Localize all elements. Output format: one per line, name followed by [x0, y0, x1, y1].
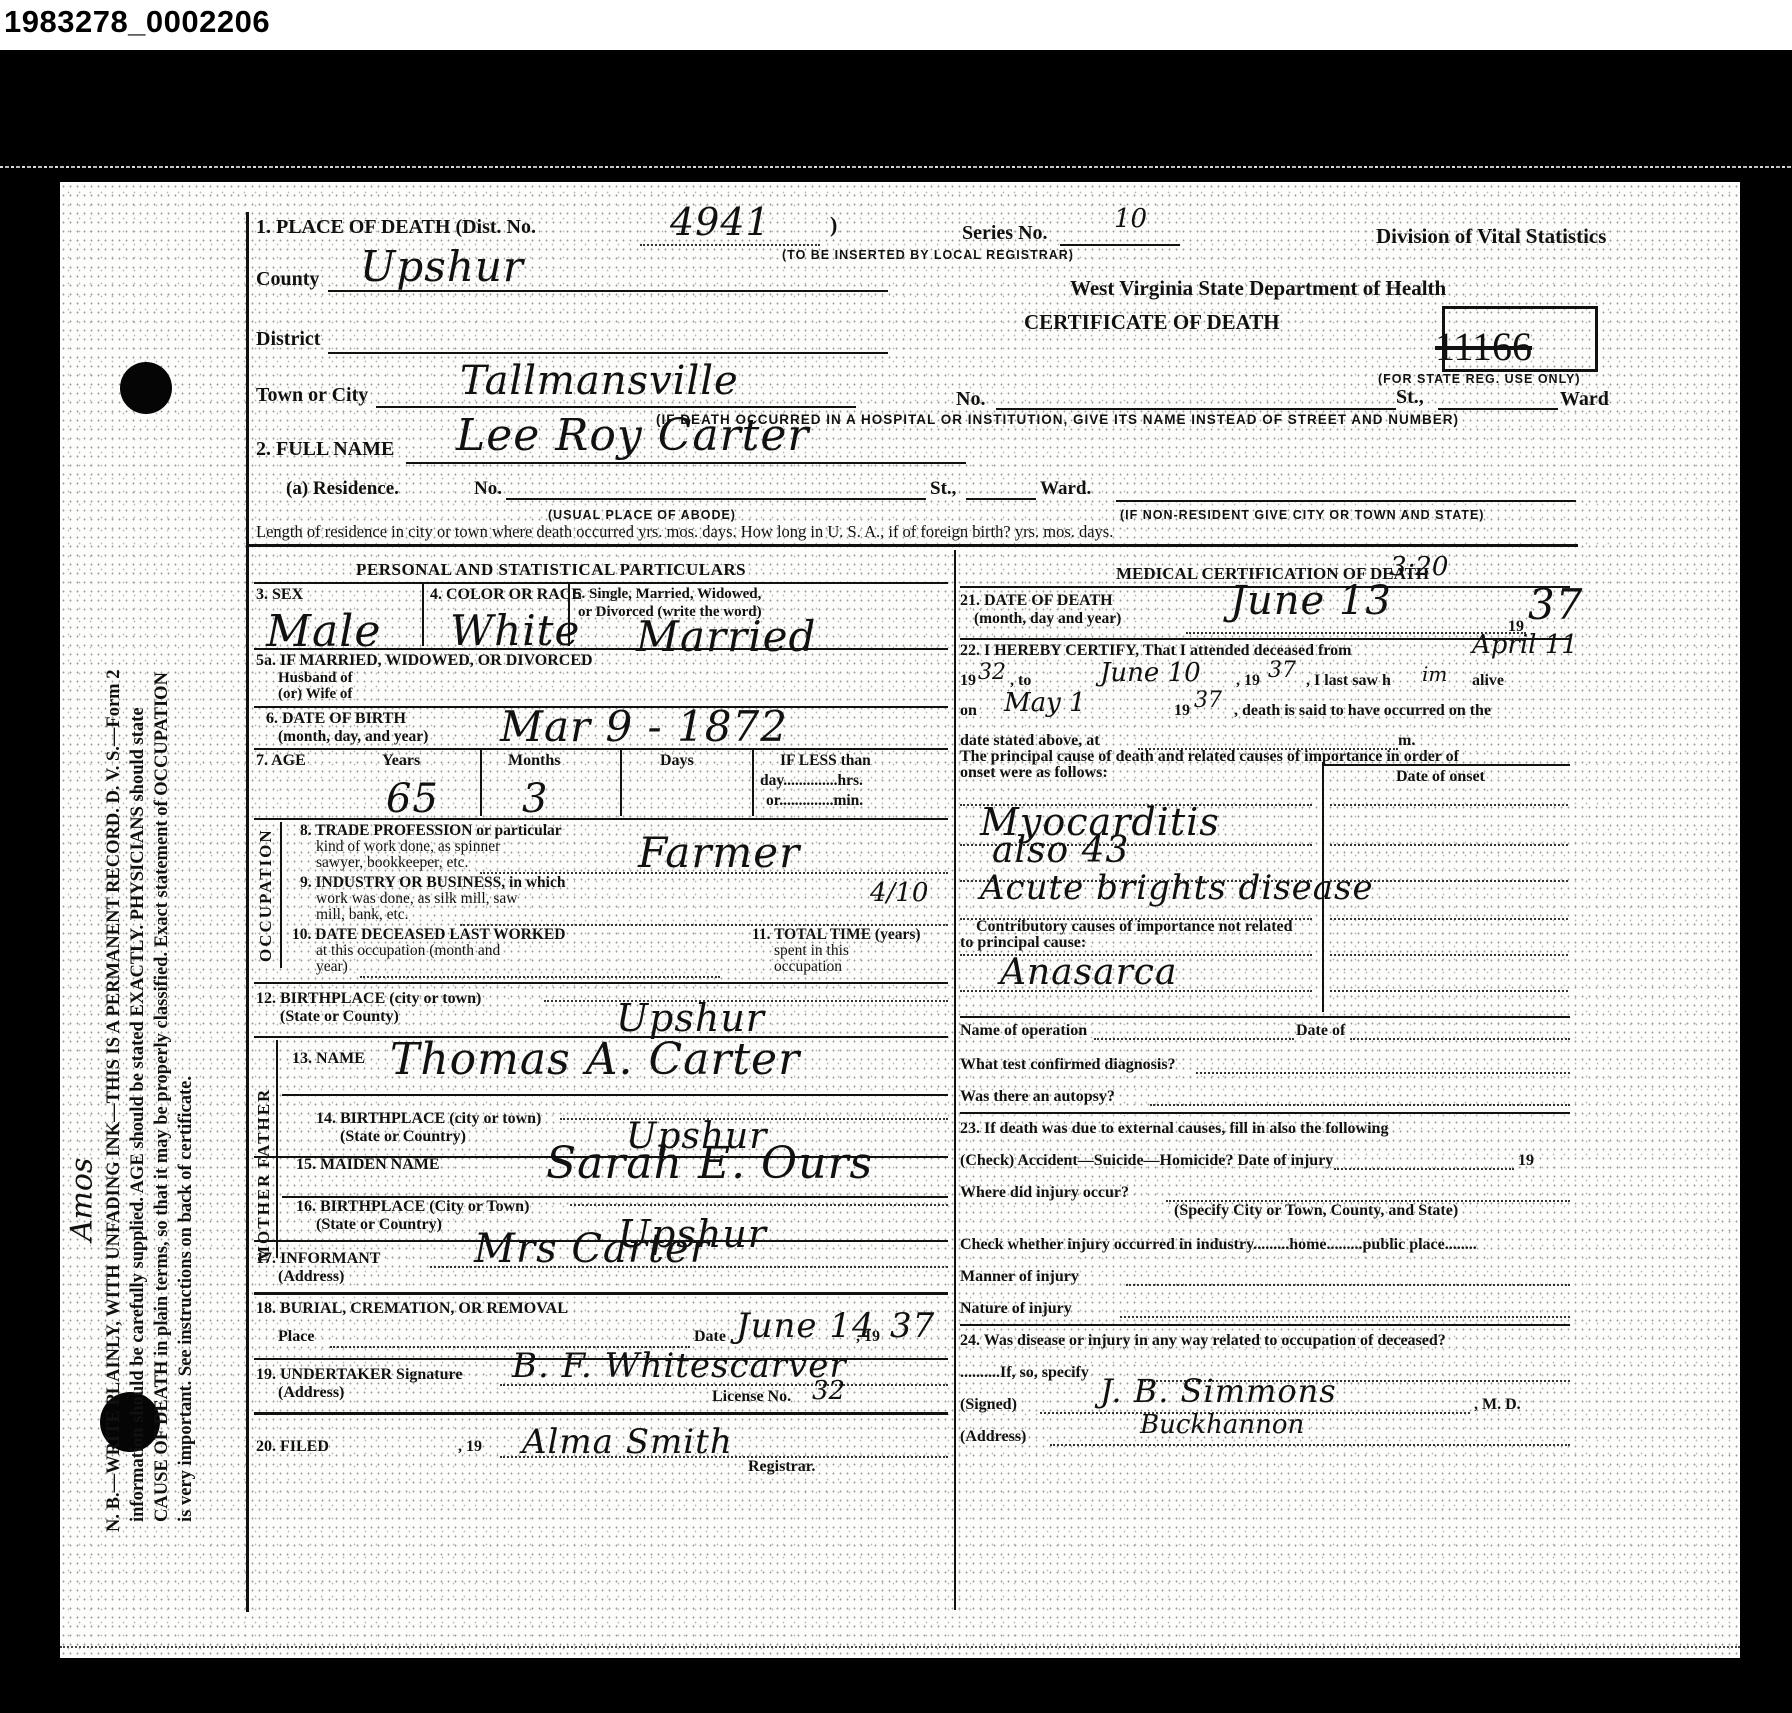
- filed-label: 20. FILED: [256, 1438, 329, 1456]
- abode-note: (USUAL PLACE OF ABODE): [548, 508, 736, 522]
- state-reg-note: (FOR STATE REG. USE ONLY): [1378, 372, 1581, 386]
- mother-side-label: MOTHER: [254, 1173, 274, 1262]
- dob-label-2: (month, day, and year): [278, 728, 428, 746]
- father-birthplace-label-2: (State or Country): [340, 1128, 466, 1146]
- onset-line-3: [1330, 918, 1568, 920]
- sex-divider: [422, 584, 424, 646]
- cause-3[interactable]: Acute brights disease: [980, 868, 1374, 908]
- trade-value[interactable]: Farmer: [638, 828, 800, 877]
- personal-section-title: PERSONAL AND STATISTICAL PARTICULARS: [356, 560, 746, 580]
- registrar-label: Registrar.: [748, 1458, 815, 1476]
- race-divider: [568, 584, 570, 646]
- division-title: Division of Vital Statistics: [1376, 224, 1606, 249]
- contributory-label-2: to principal cause:: [960, 934, 1086, 952]
- marital-value[interactable]: Married: [636, 612, 816, 661]
- district-label: District: [256, 328, 320, 351]
- mother-birthplace-label-2: (State or Country): [316, 1216, 442, 1234]
- year-prefix-1: 19: [960, 672, 976, 690]
- father-name-line: [282, 1094, 948, 1096]
- informant-line: [430, 1266, 948, 1268]
- informant-divider: [254, 1292, 948, 1295]
- autopsy-divider: [960, 1112, 1570, 1114]
- birthplace-line: [544, 1000, 948, 1002]
- town-value[interactable]: Tallmansville: [460, 358, 739, 404]
- birthplace-label-2: (State or County): [280, 1008, 399, 1026]
- length-of-residence: Length of residence in city or town wher…: [256, 522, 1113, 542]
- manner-label: Manner of injury: [960, 1268, 1079, 1286]
- personal-title-line: [254, 582, 948, 584]
- margin-handwriting: Amos: [64, 1158, 99, 1242]
- marital-label-1: 5. Single, Married, Widowed,: [574, 586, 761, 603]
- last-worked-label-3: year): [316, 958, 348, 976]
- father-name-label: 13. NAME: [292, 1050, 365, 1068]
- burial-label: 18. BURIAL, CREMATION, OR REMOVAL: [256, 1300, 568, 1318]
- spouse-label-2: Husband of: [278, 670, 353, 687]
- onset-line-0: [1330, 804, 1568, 806]
- mother-bracket: [276, 1162, 278, 1258]
- age-line: [254, 818, 948, 820]
- principal-cause-2: onset were as follows:: [960, 764, 1108, 782]
- last-saw-label: , I last saw h: [1306, 672, 1391, 690]
- causes-divider: [960, 1016, 1570, 1018]
- local-registrar-note: (TO BE INSERTED BY LOCAL REGISTRAR): [782, 248, 1074, 262]
- age-days-label: Days: [660, 752, 694, 770]
- marital-line: [254, 648, 948, 650]
- if-less-2: day..............hrs.: [760, 772, 863, 790]
- total-time-label-3: occupation: [774, 958, 842, 976]
- md-label: , M. D.: [1474, 1396, 1521, 1414]
- undertaker-value[interactable]: B. F. Whitescarver: [512, 1346, 847, 1386]
- residence-no-line: [506, 498, 926, 500]
- dist-no-line: [640, 244, 820, 246]
- father-birthplace-label-1: 14. BIRTHPLACE (city or town): [316, 1110, 541, 1128]
- last-saw-date[interactable]: May 1: [1004, 688, 1086, 718]
- operation-label: Name of operation: [960, 1022, 1087, 1040]
- spouse-label-3: (or) Wife of: [278, 686, 352, 703]
- occupation-line: [254, 982, 948, 984]
- residence-ward-label: Ward.: [1040, 478, 1091, 500]
- injury-divider: [960, 1324, 1570, 1326]
- state-reg-number: 11166: [1435, 323, 1532, 370]
- mother-birthplace-line: [570, 1204, 948, 1206]
- full-name-value[interactable]: Lee Roy Carter: [456, 410, 809, 461]
- if-less-3: or..............min.: [766, 792, 863, 810]
- onset-line-5: [1330, 990, 1568, 992]
- full-name-label: 2. FULL NAME: [256, 438, 394, 461]
- nature-label: Nature of injury: [960, 1300, 1072, 1318]
- residence-no-label: No.: [474, 478, 502, 500]
- certificate-title: CERTIFICATE OF DEATH: [1024, 310, 1280, 335]
- county-label: County: [256, 268, 319, 291]
- mother-name-label: 15. MAIDEN NAME: [296, 1156, 440, 1174]
- image-id: 1983278_0002206: [4, 4, 270, 40]
- punch-hole-top: [120, 362, 172, 414]
- margin-line-4: is very important. See instructions on b…: [176, 1076, 197, 1522]
- specify-note: (Specify City or Town, County, and State…: [1174, 1202, 1458, 1220]
- on-label: on: [960, 702, 977, 720]
- informant-label-1: 17. INFORMANT: [256, 1250, 380, 1268]
- dob-label-1: 6. DATE OF BIRTH: [266, 710, 406, 728]
- dob-value[interactable]: Mar 9 - 1872: [500, 702, 788, 751]
- operation-date-line: [1350, 1038, 1570, 1040]
- autopsy-line: [1150, 1104, 1570, 1106]
- operation-line: [1094, 1038, 1294, 1040]
- column-divider: [954, 550, 956, 1610]
- nature-line: [1120, 1316, 1570, 1318]
- last-saw-pronoun[interactable]: im: [1422, 662, 1447, 686]
- time-of-death-note: 3:20: [1390, 552, 1448, 582]
- margin-line-3: CAUSE OF DEATH in plain terms, so that i…: [152, 672, 173, 1522]
- onset-line-4: [1330, 954, 1568, 956]
- check-label: (Check) Accident—Suicide—Homicide? Date …: [960, 1152, 1333, 1170]
- attended-from-value[interactable]: April 11: [1472, 630, 1578, 660]
- signed-label: (Signed): [960, 1396, 1017, 1414]
- year-prefix-2: , 19: [1236, 672, 1260, 690]
- attended-to-year[interactable]: 37: [1268, 658, 1296, 683]
- trade-label-3: sawyer, bookkeeper, etc.: [316, 854, 468, 872]
- state-reg-box: 11166: [1442, 306, 1598, 372]
- residence-ward-line: [1116, 500, 1576, 502]
- scan-edge-line: [0, 166, 1792, 168]
- town-line: [376, 406, 856, 408]
- age-label: 7. AGE: [256, 752, 306, 770]
- test-line: [1196, 1072, 1570, 1074]
- street-no-line: [996, 408, 1396, 410]
- undertaker-divider: [254, 1412, 948, 1415]
- cause-2[interactable]: also 43: [992, 830, 1129, 871]
- burial-date-label: Date: [694, 1328, 726, 1346]
- last-saw-year[interactable]: 37: [1194, 688, 1222, 713]
- dist-close: ): [830, 212, 837, 238]
- check-year-prefix: 19: [1518, 1152, 1534, 1170]
- manner-line: [1126, 1284, 1570, 1286]
- margin-line-1: N. B.—WRITE PLAINLY, WITH UNFADING INK—T…: [104, 670, 125, 1532]
- series-label: Series No.: [962, 222, 1048, 245]
- external-label: 23. If death was due to external causes,…: [960, 1120, 1388, 1138]
- where-label: Where did injury occur?: [960, 1184, 1129, 1202]
- contributory-line: [960, 990, 1312, 992]
- margin-line-2: information should be carefully supplied…: [128, 707, 149, 1522]
- image-id-bar: 1983278_0002206: [0, 0, 1792, 50]
- dod-year-value[interactable]: 37: [1528, 580, 1583, 629]
- death-certificate: N. B.—WRITE PLAINLY, WITH UNFADING INK—T…: [60, 182, 1740, 1658]
- occupation-bracket: [280, 822, 282, 968]
- dob-line: [254, 748, 948, 750]
- ward-line: [1438, 408, 1558, 410]
- informant-label-2: (Address): [278, 1268, 344, 1286]
- full-name-line: [406, 462, 966, 464]
- date-of-onset-label: Date of onset: [1396, 768, 1485, 786]
- paper-bottom-edge: [60, 1646, 1740, 1648]
- town-label: Town or City: [256, 384, 368, 407]
- street-label: St.,: [1396, 386, 1424, 409]
- mother-name-value[interactable]: Sarah E. Ours: [546, 1138, 873, 1189]
- age-months-label: Months: [508, 752, 560, 770]
- filed-year-prefix: , 19: [458, 1438, 482, 1456]
- autopsy-label: Was there an autopsy?: [960, 1088, 1115, 1106]
- mother-birthplace-label-1: 16. BIRTHPLACE (City or Town): [296, 1198, 529, 1216]
- dod-value[interactable]: June 13: [1230, 578, 1392, 624]
- dod-label-1: 21. DATE OF DEATH: [960, 592, 1113, 610]
- license-value[interactable]: 32: [812, 1376, 845, 1406]
- days-divider: [752, 750, 754, 816]
- industry-label-3: mill, bank, etc.: [316, 906, 409, 924]
- county-value[interactable]: Upshur: [360, 242, 524, 291]
- form-left-border: [246, 212, 249, 1612]
- physician-signature: J. B. Simmons: [1100, 1372, 1337, 1410]
- license-label: License No.: [712, 1388, 791, 1406]
- place-of-death-label: 1. PLACE OF DEATH (Dist. No.: [256, 216, 536, 239]
- father-name-value[interactable]: Thomas A. Carter: [390, 1034, 800, 1085]
- series-line: [1060, 244, 1180, 246]
- department-title: West Virginia State Department of Health: [1070, 276, 1446, 301]
- physician-address[interactable]: Buckhannon: [1140, 1410, 1304, 1440]
- district-number[interactable]: 4941: [670, 200, 771, 244]
- age-years-label: Years: [382, 752, 420, 770]
- district-line: [328, 352, 888, 354]
- residence-label: (a) Residence.: [286, 478, 399, 500]
- age-years-value[interactable]: 65: [386, 776, 439, 822]
- undertaker-label-1: 19. UNDERTAKER Signature: [256, 1366, 462, 1384]
- sex-label: 3. SEX: [256, 586, 303, 604]
- contributory-value[interactable]: Anasarca: [1000, 952, 1177, 993]
- year-prefix-3: 19: [1174, 702, 1190, 720]
- father-birthplace-line: [560, 1118, 948, 1120]
- test-label: What test confirmed diagnosis?: [960, 1056, 1176, 1074]
- ward-label: Ward: [1560, 388, 1609, 411]
- spouse-label-1: 5a. IF MARRIED, WIDOWED, OR DIVORCED: [256, 652, 593, 670]
- last-worked-line: [360, 976, 720, 978]
- if-less-1: IF LESS than: [780, 752, 871, 770]
- operation-date-label: Date of: [1296, 1022, 1345, 1040]
- street-no-label: No.: [956, 388, 985, 411]
- item24-label: 24. Was disease or injury in any way rel…: [960, 1332, 1446, 1350]
- dod-label-2: (month, day and year): [974, 610, 1121, 628]
- onset-line-2: [1330, 880, 1568, 882]
- race-label: 4. COLOR OR RACE: [430, 586, 582, 604]
- years-divider: [480, 750, 482, 816]
- onset-line-1: [1330, 844, 1568, 846]
- age-months-value[interactable]: 3: [522, 776, 548, 822]
- physician-address-line: [1050, 1444, 1570, 1446]
- burial-year-value[interactable]: 37: [890, 1306, 935, 1346]
- physician-address-label: (Address): [960, 1428, 1026, 1446]
- alive-label: alive: [1472, 672, 1504, 690]
- burial-place-label: Place: [278, 1328, 314, 1346]
- birthplace-label-1: 12. BIRTHPLACE (city or town): [256, 990, 481, 1008]
- filed-line: [500, 1456, 948, 1458]
- attended-from-year[interactable]: 32: [978, 660, 1006, 685]
- months-divider: [620, 750, 622, 816]
- header-divider: [248, 544, 1578, 547]
- undertaker-line: [500, 1384, 948, 1386]
- residence-st-line: [966, 498, 1036, 500]
- injury-date-line: [1334, 1168, 1514, 1170]
- industry-check-label: Check whether injury occurred in industr…: [960, 1236, 1477, 1254]
- onset-header-line: [1322, 764, 1570, 766]
- burial-year-prefix: , 19: [856, 1328, 880, 1346]
- series-number[interactable]: 10: [1114, 204, 1147, 234]
- death-said-label: , death is said to have occurred on the: [1234, 702, 1491, 720]
- if-so-label: ..........If, so, specify: [960, 1364, 1089, 1382]
- industry-value[interactable]: 4/10: [870, 878, 928, 908]
- burial-date-value[interactable]: June 14: [736, 1306, 875, 1346]
- occupation-side-label: OCCUPATION: [256, 828, 276, 962]
- nonresident-note: (IF NON-RESIDENT GIVE CITY OR TOWN AND S…: [1120, 508, 1484, 522]
- county-line: [328, 290, 888, 292]
- attended-to-value[interactable]: June 10: [1100, 658, 1201, 688]
- undertaker-label-2: (Address): [278, 1384, 344, 1402]
- residence-st-label: St.,: [930, 478, 956, 500]
